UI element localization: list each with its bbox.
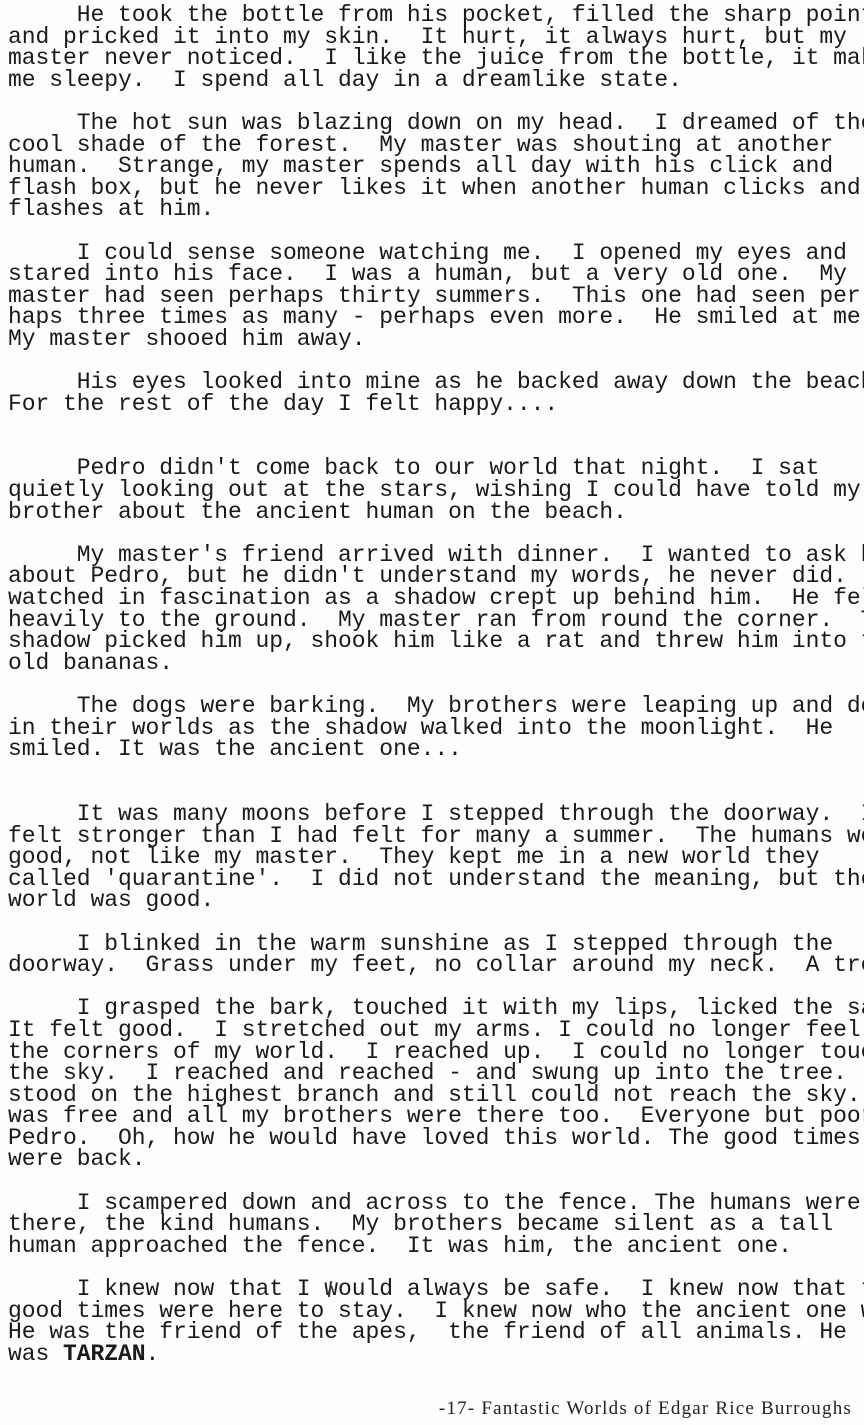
text-line: flashes at him.	[8, 199, 858, 221]
text-line: For the rest of the day I felt happy....	[8, 394, 858, 416]
publication-title: Fantastic Worlds of Edgar Rice Burroughs	[481, 1398, 852, 1419]
paragraph: I knew now that I would always be safe. …	[8, 1279, 858, 1365]
paragraph: My master's friend arrived with dinner. …	[8, 545, 858, 675]
story-page: He took the bottle from his pocket, fill…	[8, 5, 858, 1365]
text-line: brother about the ancient human on the b…	[8, 502, 858, 524]
story-text: He took the bottle from his pocket, fill…	[8, 5, 858, 1365]
tarzan-emphasis: TARZAN	[63, 1341, 146, 1367]
text-line: human approached the fence. It was him, …	[8, 1236, 858, 1258]
paragraph-spacer	[8, 415, 858, 458]
paragraph: His eyes looked into mine as he backed a…	[8, 372, 858, 415]
text-line: doorway. Grass under my feet, no collar …	[8, 955, 858, 977]
text-line: smiled. It was the ancient one...	[8, 739, 858, 761]
text-line: world was good.	[8, 890, 858, 912]
paragraph: The dogs were barking. My brothers were …	[8, 696, 858, 761]
text-line: was TARZAN.	[8, 1344, 858, 1366]
text-fragment: was	[8, 1341, 63, 1367]
paragraph: Pedro didn't come back to our world that…	[8, 458, 858, 523]
page-number: -17-	[439, 1398, 475, 1419]
paragraph: It was many moons before I stepped throu…	[8, 804, 858, 912]
text-fragment: .	[146, 1341, 160, 1367]
text-line: me sleepy. I spend all day in a dreamlik…	[8, 70, 858, 92]
text-line: My master shooed him away.	[8, 329, 858, 351]
paragraph: The hot sun was blazing down on my head.…	[8, 113, 858, 221]
paragraph: I scampered down and across to the fence…	[8, 1193, 858, 1258]
text-line: were back.	[8, 1149, 858, 1171]
paragraph: I blinked in the warm sunshine as I step…	[8, 934, 858, 977]
page-footer: -17- Fantastic Worlds of Edgar Rice Burr…	[439, 1398, 852, 1420]
paragraph: I could sense someone watching me. I ope…	[8, 243, 858, 351]
paragraph-spacer	[8, 761, 858, 804]
text-line: old bananas.	[8, 653, 858, 675]
paragraph: He took the bottle from his pocket, fill…	[8, 5, 858, 91]
paragraph: I grasped the bark, touched it with my l…	[8, 998, 858, 1171]
